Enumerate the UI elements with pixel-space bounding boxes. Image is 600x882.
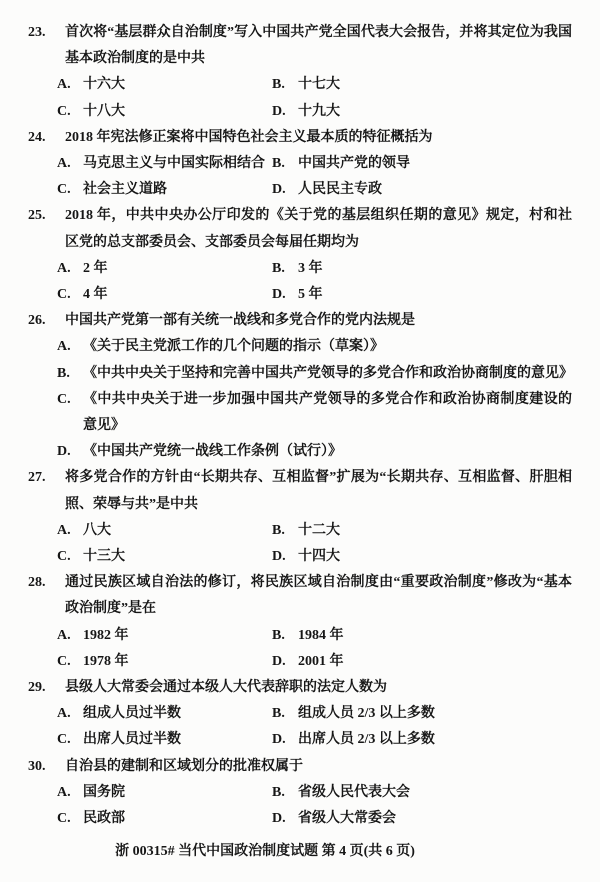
option-c: C.4 年	[57, 282, 272, 308]
options-grid: A.十六大 B.十七大 C.十八大 D.十九大	[57, 72, 572, 124]
option-c: C.社会主义道路	[57, 177, 272, 203]
question-29: 29. 县级人大常委会通过本级人大代表辞职的法定人数为 A.组成人员过半数 B.…	[0, 675, 572, 754]
option-text: 十八大	[83, 99, 272, 125]
question-stem: 29. 县级人大常委会通过本级人大代表辞职的法定人数为	[0, 675, 572, 701]
option-label: D.	[272, 806, 298, 832]
option-label: C.	[57, 99, 83, 125]
question-number: 24.	[28, 125, 46, 151]
option-d: D.十九大	[272, 99, 572, 125]
option-text: 民政部	[83, 806, 272, 832]
options-list: A.《关于民主党派工作的几个问题的指示（草案）》 B.《中共中央关于坚持和完善中…	[0, 334, 572, 465]
question-text: 首次将“基层群众自治制度”写入中国共产党全国代表大会报告，并将其定位为我国基本政…	[65, 25, 572, 66]
option-d: D.5 年	[272, 282, 572, 308]
option-text: 中国共产党的领导	[298, 151, 572, 177]
option-b: B.《中共中央关于坚持和完善中国共产党领导的多党合作和政治协商制度的意见》	[57, 361, 572, 387]
option-text: 省级人大常委会	[298, 806, 572, 832]
option-text: 省级人民代表大会	[298, 780, 572, 806]
options-grid: A.马克思主义与中国实际相结合 B.中国共产党的领导 C.社会主义道路 D.人民…	[57, 151, 572, 203]
question-text: 将多党合作的方针由“长期共存、互相监督”扩展为“长期共存、互相监督、肝胆相照、荣…	[65, 470, 572, 511]
option-text: 2 年	[83, 256, 272, 282]
question-26: 26. 中国共产党第一部有关统一战线和多党合作的党内法规是 A.《关于民主党派工…	[0, 308, 572, 465]
option-a: A.八大	[57, 518, 272, 544]
question-text: 2018 年宪法修正案将中国特色社会主义最本质的特征概括为	[65, 130, 433, 145]
option-label: B.	[272, 256, 298, 282]
option-label: D.	[272, 177, 298, 203]
question-27: 27. 将多党合作的方针由“长期共存、互相监督”扩展为“长期共存、互相监督、肝胆…	[0, 465, 572, 570]
option-label: C.	[57, 387, 83, 413]
option-label: D.	[272, 727, 298, 753]
option-text: 1978 年	[83, 649, 272, 675]
option-c: C.《中共中央关于进一步加强中国共产党领导的多党合作和政治协商制度建设的意见》	[57, 387, 572, 439]
question-stem: 24. 2018 年宪法修正案将中国特色社会主义最本质的特征概括为	[0, 125, 572, 151]
question-stem: 26. 中国共产党第一部有关统一战线和多党合作的党内法规是	[0, 308, 572, 334]
question-number: 25.	[28, 203, 46, 229]
question-text: 县级人大常委会通过本级人大代表辞职的法定人数为	[65, 680, 387, 695]
option-label: B.	[272, 518, 298, 544]
option-d: D.人民民主专政	[272, 177, 572, 203]
options-grid: A.2 年 B.3 年 C.4 年 D.5 年	[57, 256, 572, 308]
option-label: D.	[272, 282, 298, 308]
option-b: B.省级人民代表大会	[272, 780, 572, 806]
option-label: A.	[57, 334, 83, 360]
option-c: C.十八大	[57, 99, 272, 125]
question-text: 自治县的建制和区域划分的批准权属于	[65, 759, 303, 774]
question-number: 29.	[28, 675, 46, 701]
option-text: 十二大	[298, 518, 572, 544]
question-stem: 23. 首次将“基层群众自治制度”写入中国共产党全国代表大会报告，并将其定位为我…	[0, 20, 572, 72]
question-23: 23. 首次将“基层群众自治制度”写入中国共产党全国代表大会报告，并将其定位为我…	[0, 20, 572, 125]
question-stem: 30. 自治县的建制和区域划分的批准权属于	[0, 754, 572, 780]
option-text: 2001 年	[298, 649, 572, 675]
option-a: A.马克思主义与中国实际相结合	[57, 151, 272, 177]
option-label: A.	[57, 256, 83, 282]
option-label: B.	[272, 701, 298, 727]
option-label: C.	[57, 649, 83, 675]
option-b: B.中国共产党的领导	[272, 151, 572, 177]
option-label: B.	[272, 151, 298, 177]
option-d: D.2001 年	[272, 649, 572, 675]
option-label: A.	[57, 701, 83, 727]
option-a: A.1982 年	[57, 623, 272, 649]
option-text: 八大	[83, 518, 272, 544]
option-text: 十三大	[83, 544, 272, 570]
option-label: A.	[57, 623, 83, 649]
option-label: B.	[272, 780, 298, 806]
question-30: 30. 自治县的建制和区域划分的批准权属于 A.国务院 B.省级人民代表大会 C…	[0, 754, 572, 833]
option-label: B.	[272, 623, 298, 649]
question-28: 28. 通过民族区域自治法的修订，将民族区域自治制度由“重要政治制度”修改为“基…	[0, 570, 572, 675]
question-number: 23.	[28, 20, 46, 46]
page-footer: 浙 00315# 当代中国政治制度试题 第 4 页(共 6 页)	[0, 842, 572, 862]
option-text: 《中国共产党统一战线工作条例（试行）》	[83, 439, 572, 465]
option-text: 1984 年	[298, 623, 572, 649]
option-label: A.	[57, 780, 83, 806]
question-number: 30.	[28, 754, 46, 780]
option-c: C.1978 年	[57, 649, 272, 675]
option-label: C.	[57, 177, 83, 203]
question-25: 25. 2018 年，中共中央办公厅印发的《关于党的基层组织任期的意见》规定，村…	[0, 203, 572, 308]
question-text: 通过民族区域自治法的修订，将民族区域自治制度由“重要政治制度”修改为“基本政治制…	[65, 575, 572, 616]
option-text: 1982 年	[83, 623, 272, 649]
option-a: A.组成人员过半数	[57, 701, 272, 727]
option-b: B.十二大	[272, 518, 572, 544]
option-c: C.出席人员过半数	[57, 727, 272, 753]
option-text: 4 年	[83, 282, 272, 308]
question-text: 中国共产党第一部有关统一战线和多党合作的党内法规是	[65, 313, 415, 328]
option-text: 十九大	[298, 99, 572, 125]
question-number: 26.	[28, 308, 46, 334]
option-text: 十七大	[298, 72, 572, 98]
option-label: C.	[57, 727, 83, 753]
option-label: D.	[272, 544, 298, 570]
option-label: C.	[57, 544, 83, 570]
option-label: B.	[57, 361, 83, 387]
option-label: D.	[272, 99, 298, 125]
question-24: 24. 2018 年宪法修正案将中国特色社会主义最本质的特征概括为 A.马克思主…	[0, 125, 572, 204]
option-d: D.出席人员 2/3 以上多数	[272, 727, 572, 753]
option-b: B.十七大	[272, 72, 572, 98]
option-label: D.	[57, 439, 83, 465]
question-stem: 28. 通过民族区域自治法的修订，将民族区域自治制度由“重要政治制度”修改为“基…	[0, 570, 572, 622]
option-label: B.	[272, 72, 298, 98]
option-a: A.十六大	[57, 72, 272, 98]
option-d: D.省级人大常委会	[272, 806, 572, 832]
option-text: 《关于民主党派工作的几个问题的指示（草案）》	[83, 334, 572, 360]
option-label: A.	[57, 72, 83, 98]
option-c: C.十三大	[57, 544, 272, 570]
option-text: 《中共中央关于坚持和完善中国共产党领导的多党合作和政治协商制度的意见》	[83, 361, 572, 387]
question-stem: 25. 2018 年，中共中央办公厅印发的《关于党的基层组织任期的意见》规定，村…	[0, 203, 572, 255]
option-label: C.	[57, 282, 83, 308]
option-d: D.《中国共产党统一战线工作条例（试行）》	[57, 439, 572, 465]
option-a: A.《关于民主党派工作的几个问题的指示（草案）》	[57, 334, 572, 360]
option-text: 组成人员过半数	[83, 701, 272, 727]
option-text: 出席人员 2/3 以上多数	[298, 727, 572, 753]
option-text: 国务院	[83, 780, 272, 806]
option-a: A.国务院	[57, 780, 272, 806]
options-grid: A.八大 B.十二大 C.十三大 D.十四大	[57, 518, 572, 570]
question-number: 27.	[28, 465, 46, 491]
option-text: 人民民主专政	[298, 177, 572, 203]
option-c: C.民政部	[57, 806, 272, 832]
question-stem: 27. 将多党合作的方针由“长期共存、互相监督”扩展为“长期共存、互相监督、肝胆…	[0, 465, 572, 517]
option-text: 十四大	[298, 544, 572, 570]
option-text: 社会主义道路	[83, 177, 272, 203]
option-b: B.3 年	[272, 256, 572, 282]
options-grid: A.组成人员过半数 B.组成人员 2/3 以上多数 C.出席人员过半数 D.出席…	[57, 701, 572, 753]
option-b: B.1984 年	[272, 623, 572, 649]
option-text: 《中共中央关于进一步加强中国共产党领导的多党合作和政治协商制度建设的意见》	[83, 387, 572, 439]
option-label: C.	[57, 806, 83, 832]
option-label: A.	[57, 151, 83, 177]
options-grid: A.国务院 B.省级人民代表大会 C.民政部 D.省级人大常委会	[57, 780, 572, 832]
options-grid: A.1982 年 B.1984 年 C.1978 年 D.2001 年	[57, 623, 572, 675]
option-text: 十六大	[83, 72, 272, 98]
option-text: 组成人员 2/3 以上多数	[298, 701, 572, 727]
question-number: 28.	[28, 570, 46, 596]
question-text: 2018 年，中共中央办公厅印发的《关于党的基层组织任期的意见》规定，村和社区党…	[65, 208, 572, 249]
option-a: A.2 年	[57, 256, 272, 282]
option-d: D.十四大	[272, 544, 572, 570]
option-text: 出席人员过半数	[83, 727, 272, 753]
option-label: A.	[57, 518, 83, 544]
exam-page: 23. 首次将“基层群众自治制度”写入中国共产党全国代表大会报告，并将其定位为我…	[0, 0, 600, 882]
option-b: B.组成人员 2/3 以上多数	[272, 701, 572, 727]
option-label: D.	[272, 649, 298, 675]
option-text: 马克思主义与中国实际相结合	[83, 151, 272, 177]
option-text: 3 年	[298, 256, 572, 282]
option-text: 5 年	[298, 282, 572, 308]
